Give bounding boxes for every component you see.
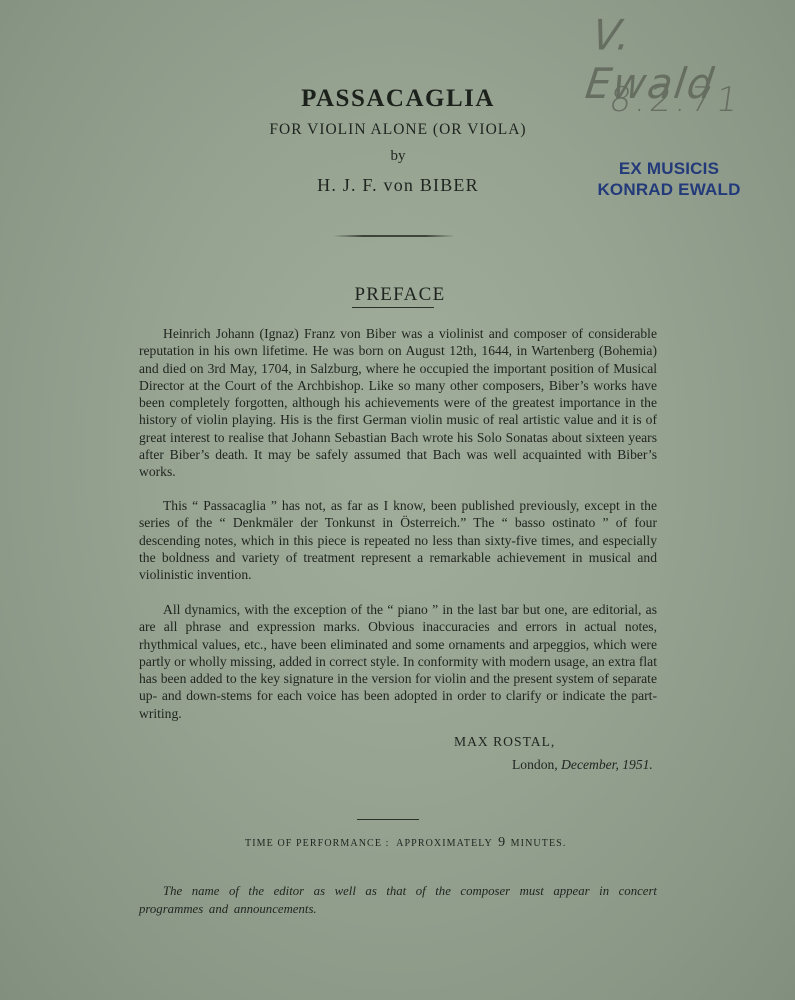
credit-notice: The name of the editor as well as that o… bbox=[139, 883, 657, 918]
performance-time: TIME OF PERFORMANCE : APPROXIMATELY 9 MI… bbox=[245, 835, 545, 851]
performance-label: TIME OF PERFORMANCE : bbox=[245, 838, 390, 849]
performance-minutes-unit: MINUTES. bbox=[511, 838, 567, 849]
handwritten-date: 8.2.71 bbox=[607, 80, 745, 120]
stamp-line-1: EX MUSICIS bbox=[594, 158, 744, 179]
signature-place: London, bbox=[512, 757, 558, 772]
page-title: PASSACAGLIA bbox=[198, 84, 598, 114]
performance-approx: APPROXIMATELY bbox=[396, 838, 492, 849]
title-block: PASSACAGLIA FOR VIOLIN ALONE (OR VIOLA) … bbox=[198, 84, 598, 197]
subtitle: FOR VIOLIN ALONE (OR VIOLA) bbox=[198, 120, 598, 140]
ornamental-divider bbox=[333, 234, 455, 238]
preface-paragraph-3: All dynamics, with the exception of the … bbox=[139, 601, 657, 722]
signature-place-date: London, December, 1951. bbox=[512, 757, 653, 773]
section-divider bbox=[357, 819, 419, 820]
signature-date: December, 1951. bbox=[561, 757, 653, 772]
editor-signature: MAX ROSTAL, bbox=[454, 734, 555, 750]
by-line: by bbox=[198, 146, 598, 166]
ownership-stamp: EX MUSICIS KONRAD EWALD bbox=[594, 158, 744, 200]
performance-minutes-value: 9 bbox=[498, 835, 505, 850]
preface-heading: PREFACE bbox=[300, 284, 500, 306]
preface-underline bbox=[352, 307, 434, 308]
preface-paragraph-1: Heinrich Johann (Ignaz) Franz von Biber … bbox=[139, 325, 657, 481]
composer-name: H. J. F. von BIBER bbox=[198, 173, 598, 197]
preface-paragraph-2: This “ Passacaglia ” has not, as far as … bbox=[139, 497, 657, 583]
document-page: V. Ewald 8.2.71 EX MUSICIS KONRAD EWALD … bbox=[0, 0, 795, 1000]
stamp-line-2: KONRAD EWALD bbox=[594, 179, 744, 200]
